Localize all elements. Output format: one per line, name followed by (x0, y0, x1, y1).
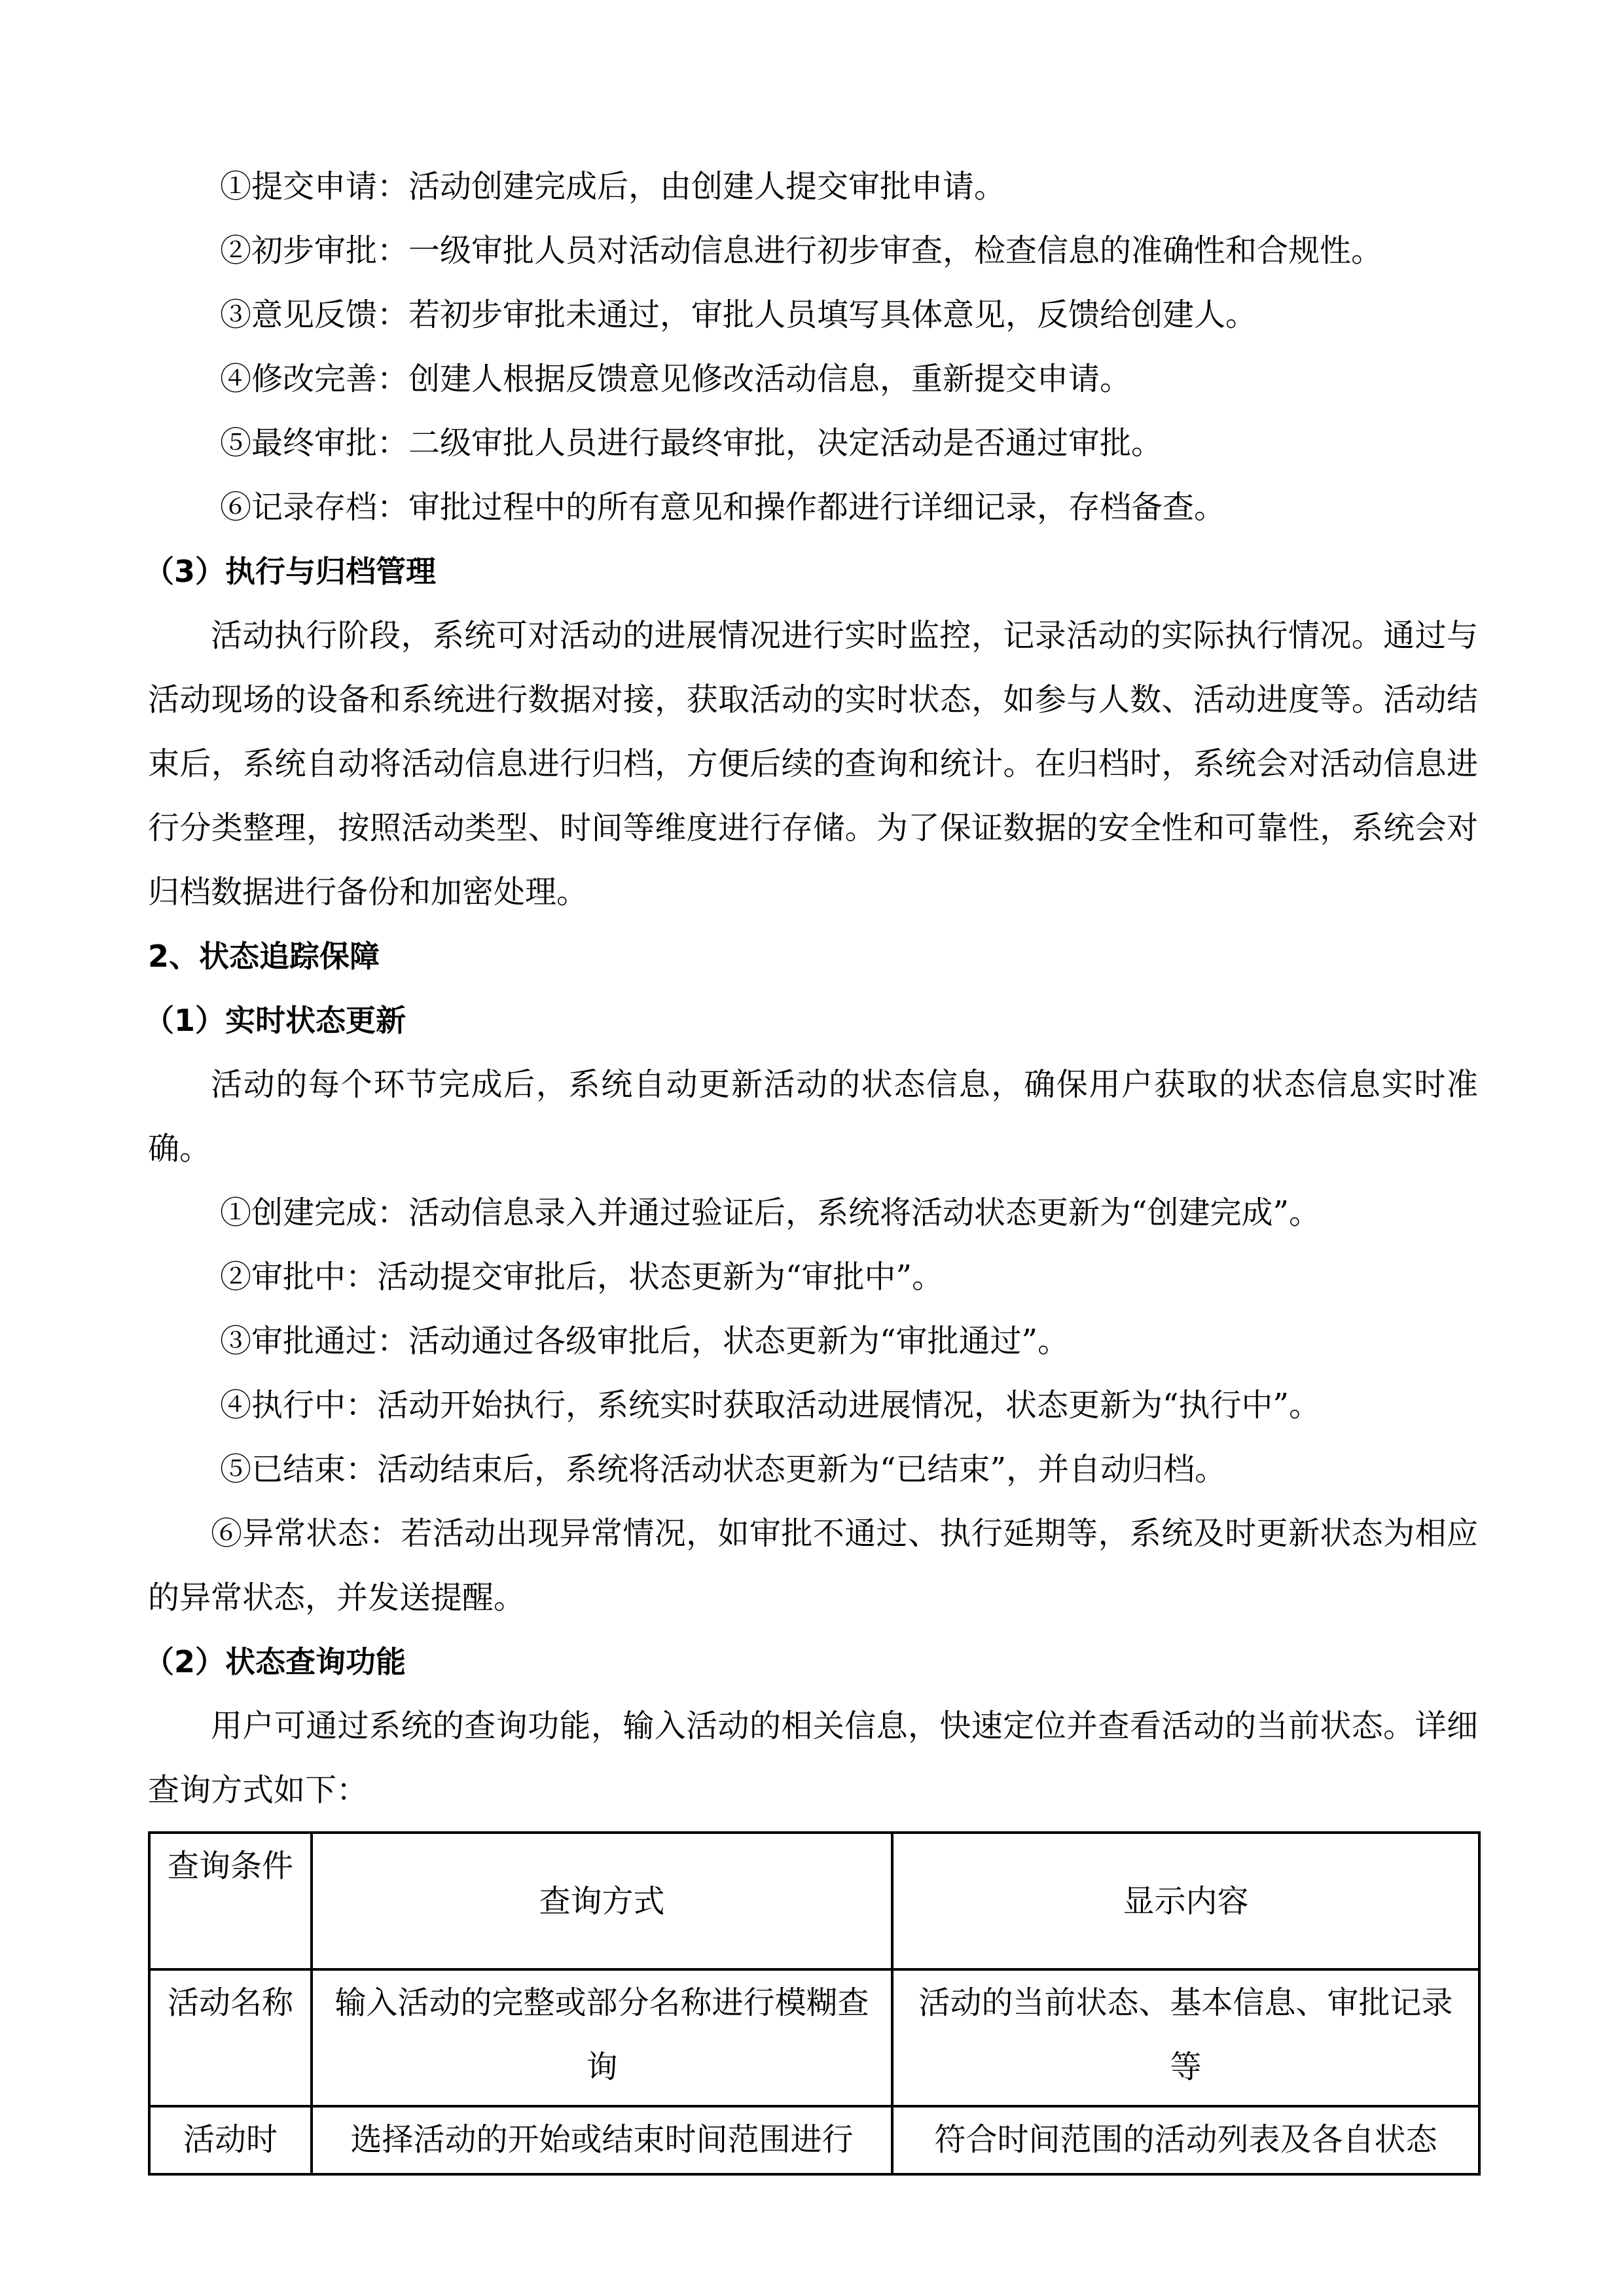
status-item-created: ①创建完成：活动信息录入并通过验证后，系统将活动状态更新为“创建完成”。 (148, 1181, 1478, 1245)
section-heading-execution-archive: （3）执行与归档管理 (144, 539, 1478, 603)
header-display-content: 显示内容 (892, 1833, 1479, 1969)
status-item-abnormal: ⑥异常状态：若活动出现异常情况，如审批不通过、执行延期等，系统及时更新状态为相应… (148, 1501, 1478, 1630)
cell-method: 选择活动的开始或结束时间范围进行 (312, 2106, 892, 2174)
table-header-row: 查询条件 查询方式 显示内容 (149, 1833, 1479, 1969)
table-row: 活动时 选择活动的开始或结束时间范围进行 符合时间范围的活动列表及各自状态 (149, 2106, 1479, 2174)
section-heading-realtime-update: （1）实时状态更新 (144, 988, 1478, 1052)
status-item-executing: ④执行中：活动开始执行，系统实时获取活动进展情况，状态更新为“执行中”。 (148, 1373, 1478, 1437)
realtime-update-paragraph: 活动的每个环节完成后，系统自动更新活动的状态信息，确保用户获取的状态信息实时准确… (148, 1052, 1478, 1181)
execution-archive-paragraph: 活动执行阶段，系统可对活动的进展情况进行实时监控，记录活动的实际执行情况。通过与… (148, 603, 1478, 924)
status-item-ended: ⑤已结束：活动结束后，系统将活动状态更新为“已结束”，并自动归档。 (148, 1437, 1478, 1501)
approval-step-1: ①提交申请：活动创建完成后，由创建人提交审批申请。 (148, 154, 1478, 219)
approval-step-2: ②初步审批：一级审批人员对活动信息进行初步审查，检查信息的准确性和合规性。 (148, 219, 1478, 283)
status-item-approved: ③审批通过：活动通过各级审批后，状态更新为“审批通过”。 (148, 1309, 1478, 1373)
approval-step-5: ⑤最终审批：二级审批人员进行最终审批，决定活动是否通过审批。 (148, 411, 1478, 475)
query-methods-table: 查询条件 查询方式 显示内容 活动名称 输入活动的完整或部分名称进行模糊查询 活… (148, 1831, 1481, 2176)
status-query-paragraph: 用户可通过系统的查询功能，输入活动的相关信息，快速定位并查看活动的当前状态。详细… (148, 1694, 1478, 1822)
cell-display: 符合时间范围的活动列表及各自状态 (892, 2106, 1479, 2174)
header-query-method: 查询方式 (312, 1833, 892, 1969)
approval-step-6: ⑥记录存档：审批过程中的所有意见和操作都进行详细记录，存档备查。 (148, 475, 1478, 539)
section-heading-status-query: （2）状态查询功能 (144, 1630, 1478, 1694)
table-row: 活动名称 输入活动的完整或部分名称进行模糊查询 活动的当前状态、基本信息、审批记… (149, 1969, 1479, 2106)
document-page: ①提交申请：活动创建完成后，由创建人提交审批申请。 ②初步审批：一级审批人员对活… (148, 154, 1478, 2176)
cell-method: 输入活动的完整或部分名称进行模糊查询 (312, 1969, 892, 2106)
header-query-condition: 查询条件 (149, 1833, 312, 1969)
status-item-in-approval: ②审批中：活动提交审批后，状态更新为“审批中”。 (148, 1245, 1478, 1309)
chapter-heading-status-tracking: 2、状态追踪保障 (148, 924, 1478, 988)
approval-step-3: ③意见反馈：若初步审批未通过，审批人员填写具体意见，反馈给创建人。 (148, 283, 1478, 347)
cell-condition: 活动时 (149, 2106, 312, 2174)
approval-step-4: ④修改完善：创建人根据反馈意见修改活动信息，重新提交申请。 (148, 347, 1478, 411)
cell-display: 活动的当前状态、基本信息、审批记录等 (892, 1969, 1479, 2106)
cell-condition: 活动名称 (149, 1969, 312, 2106)
